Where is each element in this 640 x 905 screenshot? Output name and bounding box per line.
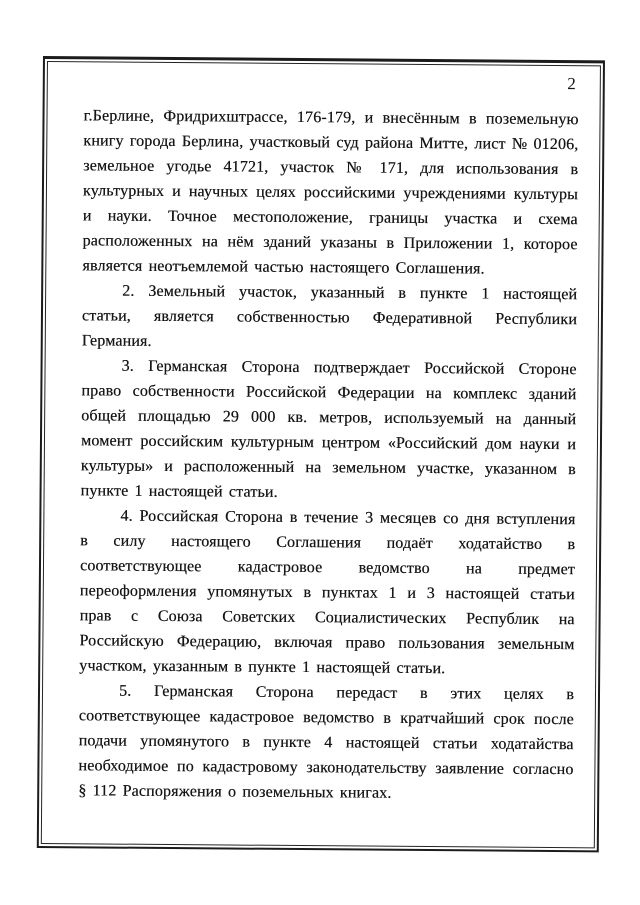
page-content: 2 г.Берлине, Фридрихштрассе, 176-179, и … <box>42 62 600 847</box>
page-border-outer: 2 г.Берлине, Фридрихштрассе, 176-179, и … <box>37 56 605 852</box>
paragraph-continuation: г.Берлине, Фридрихштрассе, 176-179, и вн… <box>82 103 578 282</box>
paragraph-item-3: 3. Германская Сторона подтверждает Росси… <box>80 353 576 507</box>
paragraph-item-2: 2. Земельный участок, указанный в пункте… <box>82 278 578 357</box>
document-body: г.Берлине, Фридрихштрассе, 176-179, и вн… <box>78 103 578 807</box>
paragraph-item-4: 4. Российская Сторона в течение 3 месяце… <box>79 503 575 682</box>
paragraph-item-5: 5. Германская Сторона передаст в этих це… <box>78 678 574 807</box>
page-number: 2 <box>84 70 579 94</box>
scanned-document-page: 2 г.Берлине, Фридрихштрассе, 176-179, и … <box>0 0 640 905</box>
page-border-inner: 2 г.Берлине, Фридрихштрассе, 176-179, и … <box>41 61 601 848</box>
